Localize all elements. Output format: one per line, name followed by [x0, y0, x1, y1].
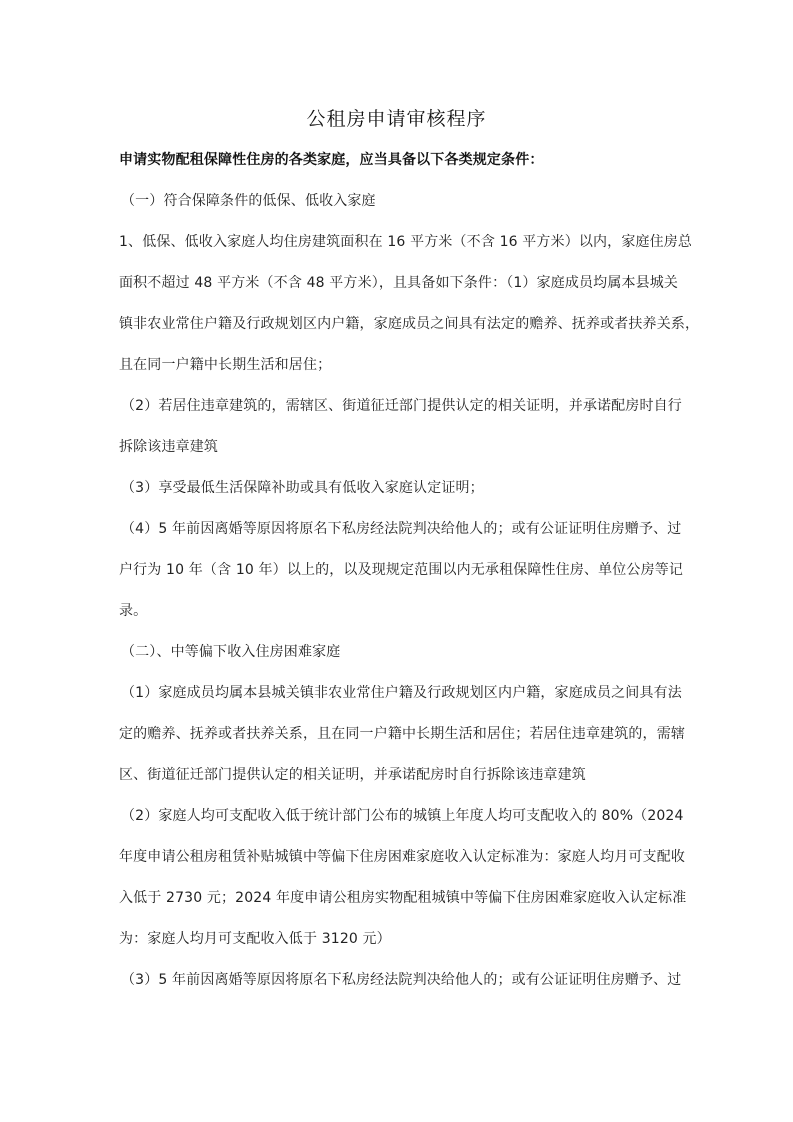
paragraph-line: 录。 [119, 601, 679, 621]
subsection-heading: （二）、中等偏下收入住房困难家庭 [121, 642, 681, 662]
paragraph-line: （3）5 年前因离婚等原因将原名下私房经法院判决给他人的；或有公证证明住房赠予、… [121, 970, 681, 990]
paragraph-line: 年度申请公租房租赁补贴城镇中等偏下住房困难家庭收入认定标准为：家庭人均月可支配收 [119, 847, 679, 867]
paragraph-line: 面积不超过 48 平方米（不含 48 平方米），且具备如下条件：（1）家庭成员均… [119, 273, 679, 293]
paragraph-line: 入低于 2730 元；2024 年度申请公租房实物配租城镇中等偏下住房困难家庭收… [119, 888, 679, 908]
paragraph-line: 户行为 10 年（含 10 年）以上的，以及现规定范围以内无承租保障性住房、单位… [119, 560, 679, 580]
paragraph-line: （2）家庭人均可支配收入低于统计部门公布的城镇上年度人均可支配收入的 80%（2… [121, 806, 681, 826]
paragraph-line: （4）5 年前因离婚等原因将原名下私房经法院判决给他人的；或有公证证明住房赠予、… [121, 519, 681, 539]
paragraph-line: 区、街道征迁部门提供认定的相关证明，并承诺配房时自行拆除该违章建筑 [119, 765, 679, 785]
paragraph-line: （3）享受最低生活保障补助或具有低收入家庭认定证明； [121, 478, 681, 498]
paragraph-line: 镇非农业常住户籍及行政规划区内户籍，家庭成员之间具有法定的赡养、抚养或者扶养关系… [119, 314, 679, 334]
section-heading: 申请实物配租保障性住房的各类家庭，应当具备以下各类规定条件： [119, 150, 679, 170]
paragraph-line: （1）家庭成员均属本县城关镇非农业常住户籍及行政规划区内户籍，家庭成员之间具有法 [121, 683, 681, 703]
paragraph-line: （2）若居住违章建筑的，需辖区、街道征迁部门提供认定的相关证明，并承诺配房时自行 [121, 396, 681, 416]
paragraph-line: 拆除该违章建筑 [119, 437, 679, 457]
paragraph-line: 且在同一户籍中长期生活和居住； [119, 355, 679, 375]
paragraph-line: 1、低保、低收入家庭人均住房建筑面积在 16 平方米（不含 16 平方米）以内，… [119, 232, 679, 252]
document-title: 公租房申请审核程序 [0, 104, 793, 131]
document-page: 公租房申请审核程序 申请实物配租保障性住房的各类家庭，应当具备以下各类规定条件：… [0, 0, 793, 1122]
paragraph-line: 定的赡养、抚养或者扶养关系，且在同一户籍中长期生活和居住；若居住违章建筑的，需辖 [119, 724, 679, 744]
subsection-heading: （一）符合保障条件的低保、低收入家庭 [121, 191, 681, 211]
paragraph-line: 为：家庭人均月可支配收入低于 3120 元） [119, 929, 679, 949]
